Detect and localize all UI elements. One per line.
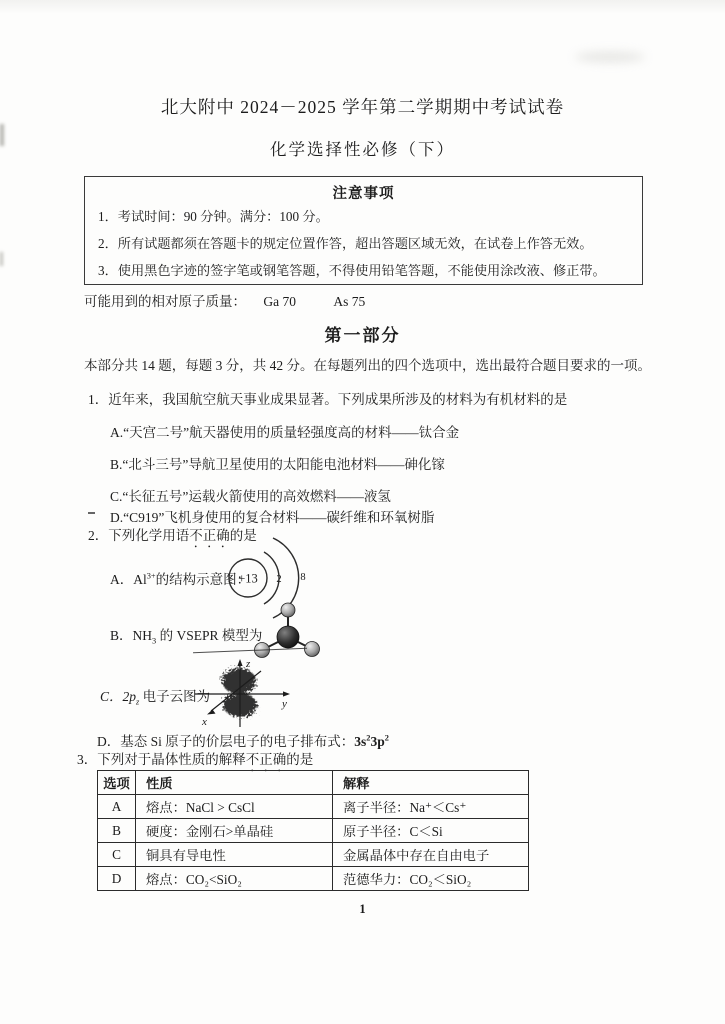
scan-top-shading	[0, 0, 725, 14]
q3-rowc-explanation: 金属晶体中存在自由电子	[333, 843, 529, 867]
q2a-charge-sup: 3+	[147, 572, 156, 581]
q3-stem-pre: 3．下列对于晶体性质的解释	[77, 752, 246, 767]
q1-option-c: C.“长征五号”运载火箭使用的高效燃料——液氢	[110, 485, 391, 505]
q1-option-a: A.“天宫二号”航天器使用的质量轻强度高的材料——钛合金	[110, 421, 459, 441]
exam-title: 北大附中 2024－2025 学年第二学期期中考试试卷	[0, 94, 725, 119]
q2c-text: C．2p	[100, 689, 136, 704]
q2-stem-pre: 2．下列化学用语	[88, 528, 189, 543]
y-axis-label: y	[281, 698, 287, 710]
q3-rowa-explanation: 离子半径：Na⁺＜Cs⁺	[333, 795, 529, 819]
page-number: 1	[0, 902, 725, 917]
q3-rowc-option: C	[98, 843, 136, 867]
q3-table-row-a: A 熔点：NaCl > CsCl 离子半径：Na⁺＜Cs⁺	[98, 795, 529, 819]
scan-smudge	[575, 52, 645, 62]
scan-dash-artifact	[88, 512, 95, 514]
notice-title: 注意事项	[85, 182, 642, 203]
electron-cloud-upper-lobe	[222, 668, 256, 694]
q3-header-option: 选项	[98, 771, 136, 795]
q2d-configuration: 3s23p2	[354, 734, 389, 749]
q2-stem-emphasis: 不正确	[189, 528, 230, 543]
q2a-text: A．Al	[110, 572, 147, 587]
vsepr-model-diagram	[247, 597, 329, 661]
z-axis-arrow	[237, 659, 242, 666]
q2-option-b: B．NH3 的 VSEPR 模型为	[110, 624, 262, 644]
q3-rowa-property: 熔点：NaCl > CsCl	[136, 795, 333, 819]
z-axis-label: z	[245, 658, 251, 670]
exam-subtitle: 化学选择性必修（下）	[0, 136, 725, 160]
q3-table-row-d: D 熔点：CO₂<SiO₂ 范德华力：CO₂＜SiO₂	[98, 867, 529, 891]
atomic-mass-note: 可能用到的相对原子质量： Ga 70 As 75	[84, 290, 365, 310]
q3-rowb-property: 硬度：金刚石>单晶硅	[136, 819, 333, 843]
q3-stem-emphasis: 不正确	[246, 752, 287, 767]
atomic-mass-ga: Ga 70	[263, 294, 296, 309]
y-axis-arrow	[283, 691, 290, 696]
outer-shell-count: 8	[300, 572, 305, 583]
atomic-mass-label: 可能用到的相对原子质量：	[84, 294, 246, 309]
exam-paper-page: 北大附中 2024－2025 学年第二学期期中考试试卷 化学选择性必修（下） 注…	[0, 0, 725, 1024]
q1-option-b: B.“北斗三号”导航卫星使用的太阳能电池材料——砷化镓	[110, 453, 445, 473]
q3-table-row-b: B 硬度：金刚石>单晶硅 原子半径：C＜Si	[98, 819, 529, 843]
notice-item-1: 1．考试时间：90 分钟。满分：100 分。	[98, 206, 634, 225]
electron-cloud-diagram: z y x	[183, 655, 299, 729]
n-atom-center	[277, 626, 299, 648]
q3-rowd-option: D	[98, 867, 136, 891]
h-atom-top	[281, 603, 295, 617]
q3-rowd-explanation: 范德华力：CO₂＜SiO₂	[333, 867, 529, 891]
q2b-text: B．NH	[110, 628, 152, 643]
q1-option-d: D.“C919”飞机身使用的复合材料——碳纤维和环氧树脂	[110, 506, 434, 526]
q3-rowb-explanation: 原子半径：C＜Si	[333, 819, 529, 843]
q3-table-row-c: C 铜具有导电性 金属晶体中存在自由电子	[98, 843, 529, 867]
q3-rowb-option: B	[98, 819, 136, 843]
q3-rowc-property: 铜具有导电性	[136, 843, 333, 867]
q3-rowa-option: A	[98, 795, 136, 819]
notice-item-3: 3．使用黑色字迹的签字笔或钢笔答题，不得使用铅笔答题，不能使用涂改液、修正带。	[98, 260, 634, 279]
inner-shell-count: 2	[276, 574, 281, 585]
notice-box: 注意事项 1．考试时间：90 分钟。满分：100 分。 2．所有试题都须在答题卡…	[84, 176, 643, 285]
q3-stem-post: 的是	[286, 752, 313, 767]
q1-stem: 1．近年来，我国航空航天事业成果显著。下列成果所涉及的材料为有机材料的是	[88, 388, 567, 408]
scan-edge-mark	[0, 252, 3, 266]
q3-header-explanation: 解释	[333, 771, 529, 795]
q3-rowd-property: 熔点：CO₂<SiO₂	[136, 867, 333, 891]
x-axis-label: x	[201, 716, 207, 728]
part1-heading: 第一部分	[0, 321, 725, 346]
atomic-mass-as: As 75	[333, 294, 365, 309]
q3-table-header-row: 选项 性质 解释	[98, 771, 529, 795]
part1-intro: 本部分共 14 题，每题 3 分，共 42 分。在每题列出的四个选项中，选出最符…	[84, 354, 651, 374]
q3-table: 选项 性质 解释 A 熔点：NaCl > CsCl 离子半径：Na⁺＜Cs⁺ B…	[97, 770, 529, 891]
q2-option-d: D．基态 Si 原子的价层电子的电子排布式：3s23p2	[97, 730, 389, 750]
q3-header-property: 性质	[136, 771, 333, 795]
notice-item-2: 2．所有试题都须在答题卡的规定位置作答，超出答题区域无效，在试卷上作答无效。	[98, 233, 634, 252]
q2d-text: D．基态 Si 原子的价层电子的电子排布式：	[97, 734, 354, 749]
nucleus-charge-label: +13	[238, 572, 258, 586]
